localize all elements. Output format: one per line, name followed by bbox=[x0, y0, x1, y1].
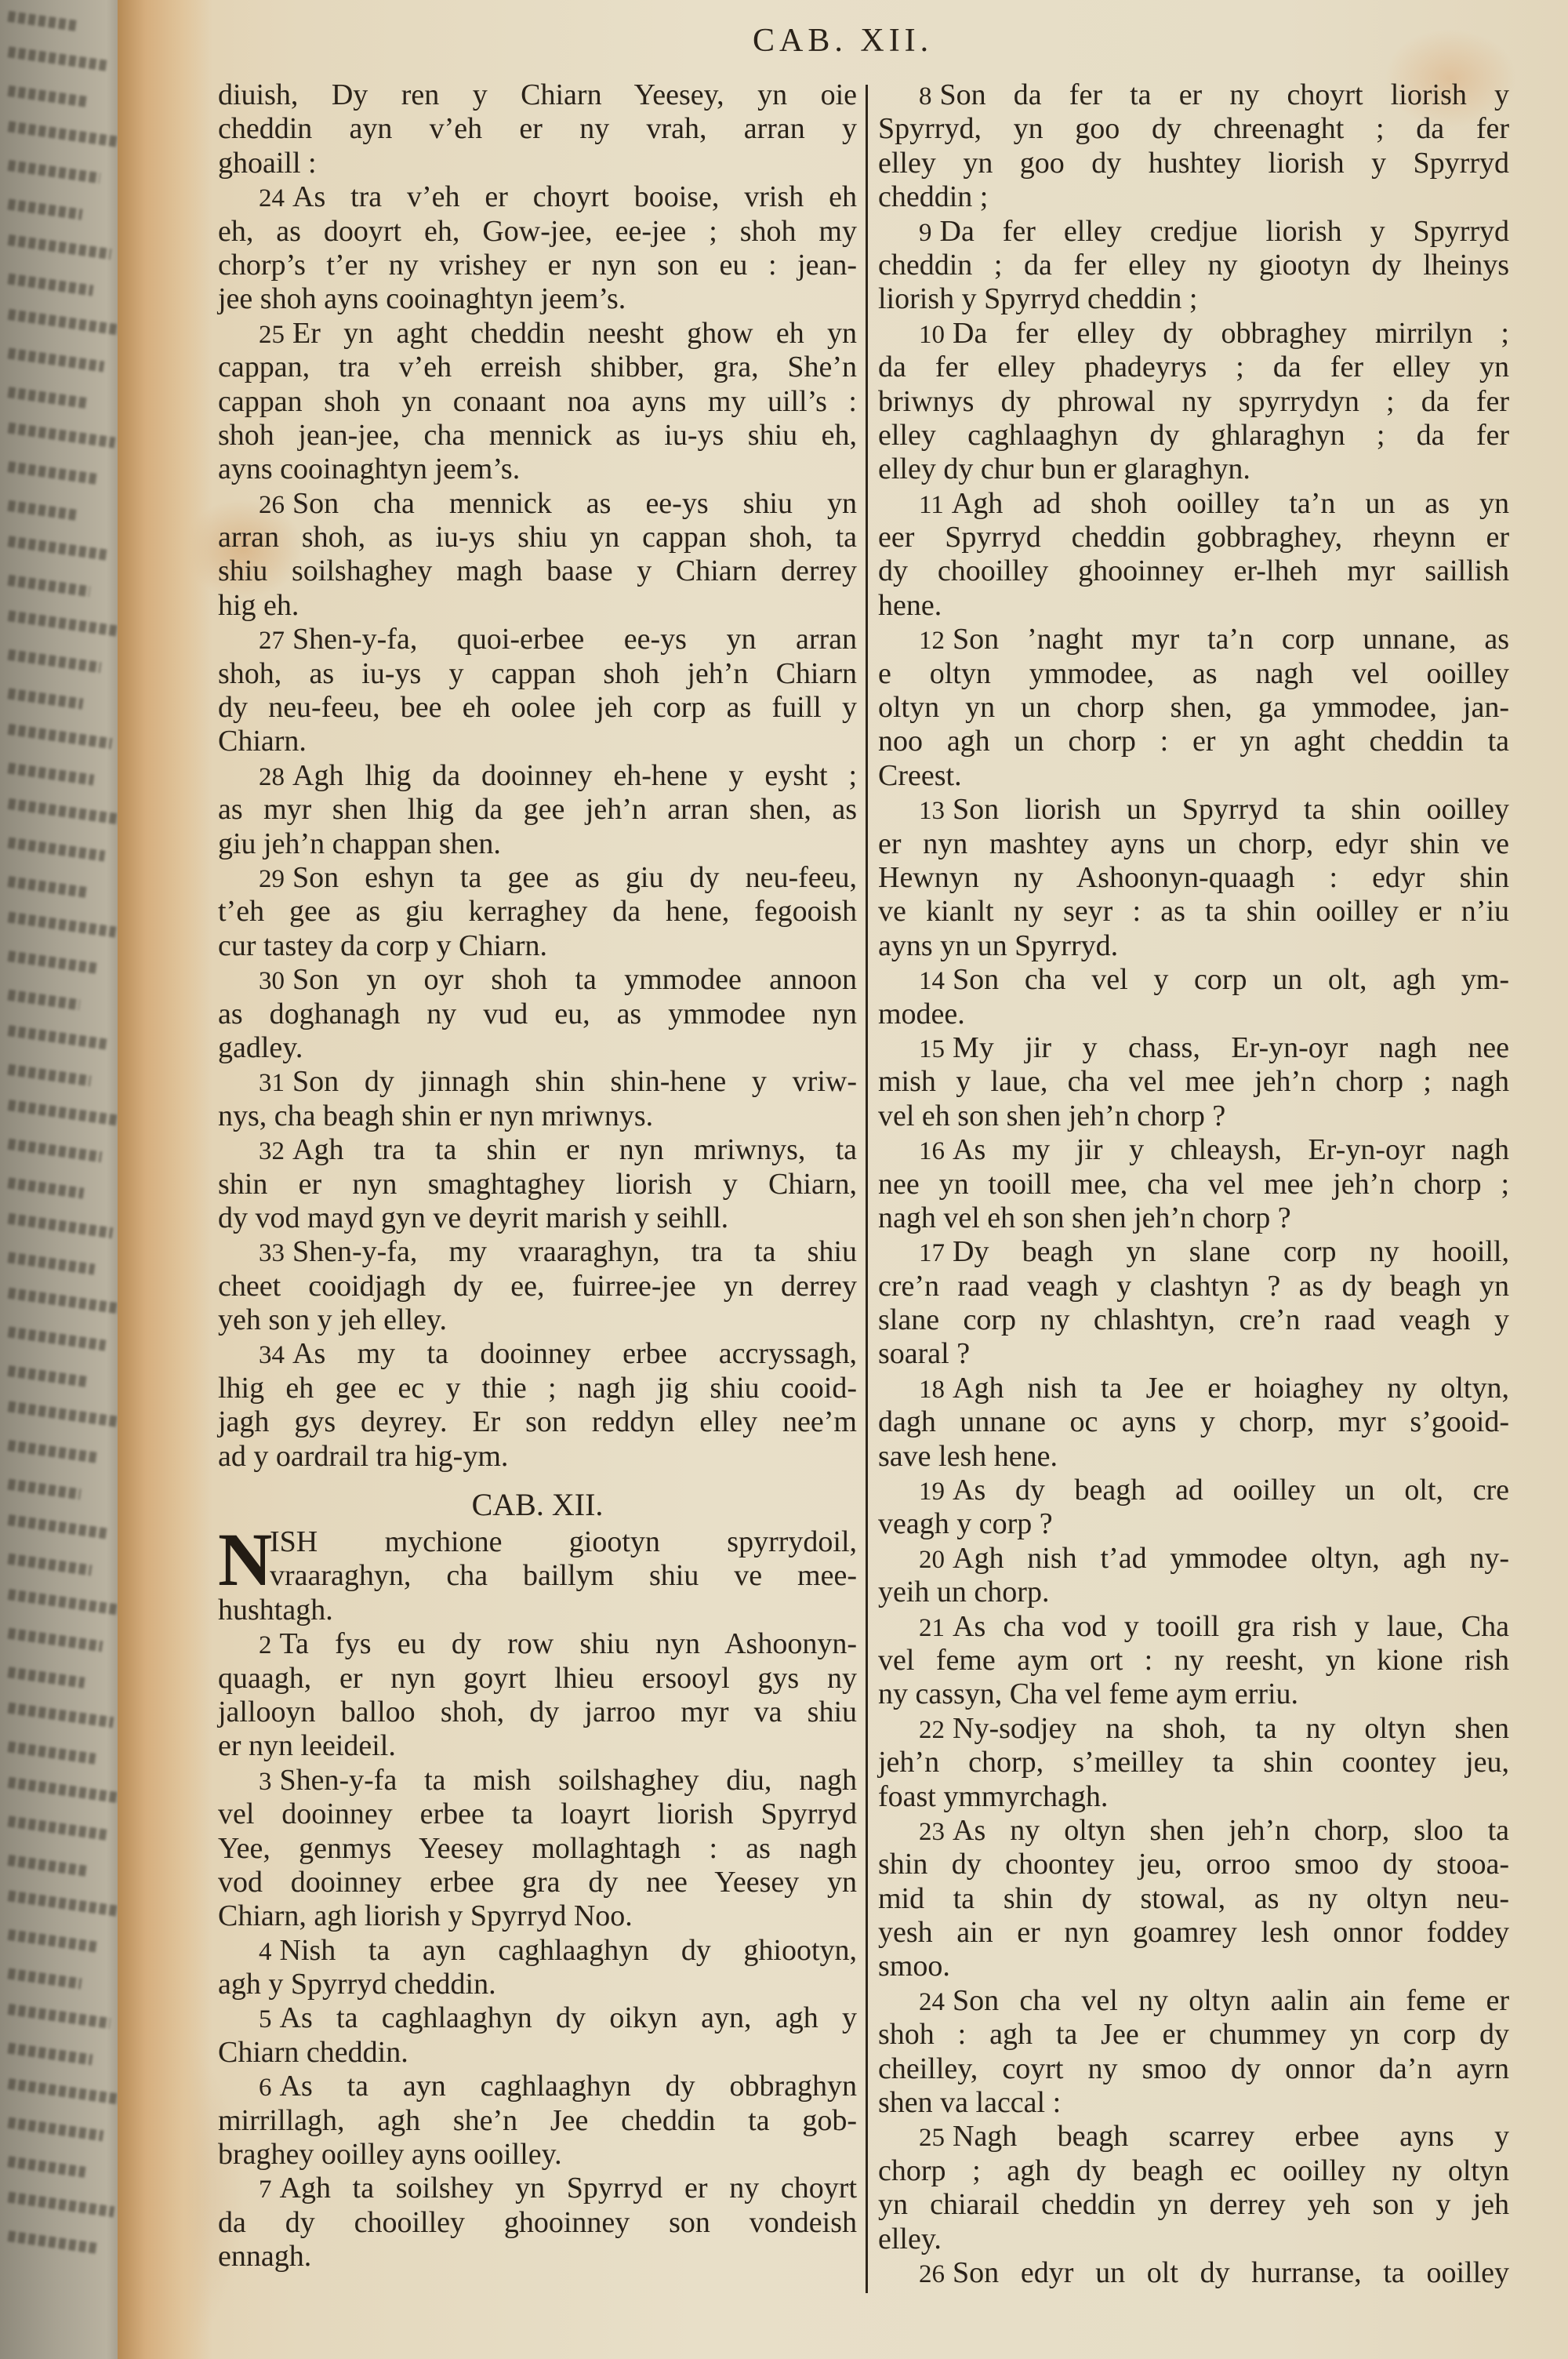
text-line: dy chooilley ghooinney er-lheh myr saill… bbox=[878, 554, 1509, 588]
verse-number: 15 bbox=[919, 1035, 945, 1063]
text-line: veagh y corp ? bbox=[878, 1507, 1509, 1541]
text-line: nys, cha beagh shin er nyn mriwnys. bbox=[218, 1100, 857, 1133]
verse-start-line: 11Agh ad shoh ooilley ta’n un as yn bbox=[878, 487, 1509, 521]
text-line: jagh gys deyrey. Er son reddyn elley nee… bbox=[218, 1405, 857, 1439]
verse-start-line: 23As ny oltyn shen jeh’n chorp, sloo ta bbox=[878, 1814, 1509, 1848]
text-line: yeih un chorp. bbox=[878, 1576, 1509, 1609]
verse-number: 10 bbox=[919, 321, 945, 349]
verse-start-line: 28Agh lhig da dooinney eh-hene y eysht ; bbox=[218, 759, 857, 793]
verse-text: As my ta dooinney erbee accryssagh, bbox=[292, 1337, 857, 1370]
text-line: giu jeh’n chappan shen. bbox=[218, 827, 857, 861]
verse-text: da fer elley phadeyrys ; da fer elley yn bbox=[878, 351, 1509, 383]
blurred-text-line bbox=[8, 1514, 111, 1539]
verse-start-line: 25Er yn aght cheddin neesht ghow eh yn bbox=[218, 317, 857, 351]
verse-text: Ny-sodjey na shoh, ta ny oltyn shen bbox=[953, 1712, 1509, 1745]
verse-text: My jir y chass, Er-yn-oyr nagh nee bbox=[953, 1031, 1509, 1064]
text-line: elley yn goo dy hushtey liorish y Spyrry… bbox=[878, 147, 1509, 180]
text-line: noo agh un chorp : er yn aght cheddin ta bbox=[878, 725, 1509, 758]
verse-text: oltyn yn un chorp shen, ga ymmodee, jan- bbox=[878, 691, 1509, 724]
blurred-text-line bbox=[8, 575, 91, 597]
verse-start-line: 27Shen-y-fa, quoi-erbee ee-ys yn arran bbox=[218, 623, 857, 656]
verse-text: chorp’s t’er ny vrishey er nyn son eu : … bbox=[218, 249, 857, 282]
text-line: er nyn leeideil. bbox=[218, 1729, 857, 1763]
text-line: shen va laccal : bbox=[878, 2086, 1509, 2120]
verse-text: cappan shoh yn conaant noa ayns my uill’… bbox=[218, 385, 857, 418]
verse-text: Son liorish un Spyrryd ta shin ooilley bbox=[953, 793, 1509, 826]
blurred-text-line bbox=[7, 11, 78, 31]
verse-text: mirrillagh, agh she’n Jee cheddin ta gob… bbox=[218, 2104, 857, 2137]
text-line: jee shoh ayns cooinaghtyn jeem’s. bbox=[218, 282, 857, 316]
verse-text: jallooyn balloo shoh, dy jarroo myr va s… bbox=[218, 1696, 857, 1728]
verse-text: shiu soilshaghey magh baase y Chiarn der… bbox=[218, 554, 857, 587]
verse-number: 20 bbox=[919, 1546, 945, 1574]
text-line: soaral ? bbox=[878, 1337, 1509, 1371]
verse-text: veagh y corp ? bbox=[878, 1507, 1053, 1540]
verse-text: ISH mychione giootyn spyrrydoil, bbox=[270, 1525, 857, 1558]
verse-text: As tra v’eh er choyrt booise, vrish eh bbox=[292, 180, 857, 213]
blurred-text-line bbox=[8, 461, 98, 485]
text-line: lhig eh gee ec y thie ; nagh jig shiu co… bbox=[218, 1372, 857, 1405]
verse-number: 12 bbox=[919, 627, 945, 655]
blurred-text-line bbox=[8, 536, 109, 561]
blurred-text-line bbox=[8, 1252, 96, 1274]
verse-text: smoo. bbox=[878, 1950, 950, 1983]
blurred-text-line bbox=[8, 1777, 125, 1805]
verse-text: shen va laccal : bbox=[878, 2086, 1061, 2119]
text-line: ghoaill : bbox=[218, 147, 857, 180]
verse-text: ad y oardrail tra hig-ym. bbox=[218, 1440, 508, 1473]
verse-start-line: 13Son liorish un Spyrryd ta shin ooilley bbox=[878, 793, 1509, 827]
verse-text: lhig eh gee ec y thie ; nagh jig shiu co… bbox=[218, 1372, 857, 1405]
verse-text: Spyrryd, yn goo dy chreenaght ; da fer bbox=[878, 112, 1509, 145]
verse-number: 24 bbox=[919, 1988, 945, 2016]
verse-start-line: 24As tra v’eh er choyrt booise, vrish eh bbox=[218, 180, 857, 214]
text-line: as doghanagh ny vud eu, as ymmodee nyn bbox=[218, 998, 857, 1031]
blurred-text-line bbox=[8, 1628, 103, 1652]
verse-text: yesh ain er nyn goamrey lesh onnor fodde… bbox=[878, 1916, 1509, 1949]
text-line: cappan shoh yn conaant noa ayns my uill’… bbox=[218, 385, 857, 419]
verse-number: 25 bbox=[259, 321, 285, 349]
verse-text: As ta caghlaaghyn dy oikyn ayn, agh y bbox=[280, 2001, 858, 2034]
text-line: arran shoh, as iu-ys shiu yn cappan shoh… bbox=[218, 521, 857, 554]
text-line: chorp ; agh dy beagh ec ooilley ny oltyn bbox=[878, 2154, 1509, 2188]
text-line: elley. bbox=[878, 2223, 1509, 2256]
blurred-text-line bbox=[7, 990, 80, 1011]
verse-text: jagh gys deyrey. Er son reddyn elley nee… bbox=[218, 1405, 857, 1438]
text-line: ayns cooinaghtyn jeem’s. bbox=[218, 453, 857, 486]
blurred-text-line bbox=[8, 951, 99, 974]
verse-text: arran shoh, as iu-ys shiu yn cappan shoh… bbox=[218, 521, 857, 554]
verse-text: cheilley, coyrt ny smoo dy onnor da’n ay… bbox=[878, 2052, 1509, 2085]
verse-text: da dy chooilley ghooinney son vondeish bbox=[218, 2206, 857, 2239]
blurred-text-line bbox=[8, 1703, 114, 1728]
verse-number: 6 bbox=[259, 2074, 272, 2102]
text-line: cheddin ; da fer elley ny giootyn dy lhe… bbox=[878, 249, 1509, 282]
verse-text: elley. bbox=[878, 2223, 942, 2255]
text-line: hig eh. bbox=[218, 589, 857, 623]
verse-text: jeh’n chorp, s’meilley ta shin coontey j… bbox=[878, 1746, 1509, 1779]
blurred-text-line bbox=[8, 1440, 100, 1463]
verse-text: Agh ta soilshey yn Spyrryd er ny choyrt bbox=[280, 2172, 858, 2205]
blurred-text-line bbox=[8, 2117, 104, 2142]
verse-text: Er yn aght cheddin neesht ghow eh yn bbox=[292, 317, 857, 350]
verse-number: 29 bbox=[259, 865, 285, 893]
verse-number: 2 bbox=[259, 1631, 272, 1659]
text-line: oltyn yn un chorp shen, ga ymmodee, jan- bbox=[878, 691, 1509, 725]
blurred-text-line bbox=[8, 1401, 118, 1427]
verse-start-line: 17Dy beagh yn slane corp ny hooill, bbox=[878, 1235, 1509, 1269]
text-line: jallooyn balloo shoh, dy jarroo myr va s… bbox=[218, 1696, 857, 1729]
verse-number: 30 bbox=[259, 967, 285, 995]
text-line: as myr shen lhig da gee jeh’n arran shen… bbox=[218, 793, 857, 827]
blurred-text-line bbox=[8, 121, 119, 147]
verse-text: As dy beagh ad ooilley un olt, cre bbox=[953, 1474, 1509, 1507]
text-line: nagh vel eh son shen jeh’n chorp ? bbox=[878, 1201, 1509, 1235]
text-line: jeh’n chorp, s’meilley ta shin coontey j… bbox=[878, 1746, 1509, 1779]
blurred-text-line bbox=[8, 2156, 86, 2178]
text-line: eer Spyrryd cheddin gobbraghey, rheynn e… bbox=[878, 521, 1509, 554]
verse-start-line: 8Son da fer ta er ny choyrt liorish y bbox=[878, 78, 1509, 112]
text-line: Chiarn, agh liorish y Spyrryd Noo. bbox=[218, 1899, 857, 1933]
verse-start-line: 30Son yn oyr shoh ta ymmodee annoon bbox=[218, 963, 857, 997]
verse-start-line: 22Ny-sodjey na shoh, ta ny oltyn shen bbox=[878, 1712, 1509, 1746]
verse-text: Son da fer ta er ny choyrt liorish y bbox=[940, 78, 1510, 111]
verse-text: save lesh hene. bbox=[878, 1440, 1058, 1473]
text-line: Spyrryd, yn goo dy chreenaght ; da fer bbox=[878, 112, 1509, 146]
text-line: smoo. bbox=[878, 1950, 1509, 1983]
verse-text: eer Spyrryd cheddin gobbraghey, rheynn e… bbox=[878, 521, 1509, 554]
verse-start-line: 20Agh nish t’ad ymmodee oltyn, agh ny- bbox=[878, 1542, 1509, 1576]
text-line: Hewnyn ny Ashoonyn-quaagh : edyr shin bbox=[878, 861, 1509, 895]
verse-start-line: 9Da fer elley credjue liorish y Spyrryd bbox=[878, 215, 1509, 249]
text-line: vel eh son shen jeh’n chorp ? bbox=[878, 1100, 1509, 1133]
text-line: braghey ooilley ayns ooilley. bbox=[218, 2138, 857, 2172]
text-line: yesh ain er nyn goamrey lesh onnor fodde… bbox=[878, 1916, 1509, 1950]
verse-text: ayns yn un Spyrryd. bbox=[878, 929, 1118, 962]
verse-start-line: 24Son cha vel ny oltyn aalin ain feme er bbox=[878, 1984, 1509, 2018]
blurred-text-line bbox=[8, 1589, 122, 1616]
verse-text: chorp ; agh dy beagh ec ooilley ny oltyn bbox=[878, 2154, 1509, 2187]
verse-number: 23 bbox=[919, 1818, 945, 1846]
text-line: Yee, genmys Yeesey mollaghtagh : as nagh bbox=[218, 1832, 857, 1866]
chapter-opening: NISH mychione giootyn spyrrydoil,vraarag… bbox=[218, 1525, 857, 2274]
verse-text: vel feme aym ort : ny reesht, yn kione r… bbox=[878, 1644, 1509, 1677]
text-line: shiu soilshaghey magh baase y Chiarn der… bbox=[218, 554, 857, 588]
verse-text: shoh : agh ta Jee er chummey yn corp dy bbox=[878, 2018, 1509, 2051]
verse-text: As ny oltyn shen jeh’n chorp, sloo ta bbox=[953, 1814, 1509, 1847]
text-line: agh y Spyrryd cheddin. bbox=[218, 1968, 857, 2001]
left-column: diuish, Dy ren y Chiarn Yeesey, yn oiech… bbox=[218, 78, 857, 2274]
blurred-text-line bbox=[8, 1554, 93, 1576]
text-line: shin dy choontey jeu, orroo smoo dy stoo… bbox=[878, 1848, 1509, 1881]
text-line: elley dy chur bun er glaraghyn. bbox=[878, 453, 1509, 486]
text-line: liorish y Spyrryd cheddin ; bbox=[878, 282, 1509, 316]
verse-text: Da fer elley dy obbraghey mirrilyn ; bbox=[953, 317, 1509, 350]
text-line: vel feme aym ort : ny reesht, yn kione r… bbox=[878, 1644, 1509, 1677]
verse-number: 26 bbox=[919, 2260, 945, 2288]
text-line: modee. bbox=[878, 998, 1509, 1031]
verse-number: 11 bbox=[919, 491, 944, 519]
verse-text: As my jir y chleaysh, Er-yn-oyr nagh bbox=[953, 1133, 1509, 1166]
verse-number: 28 bbox=[259, 763, 285, 791]
verse-start-line: 12Son ’naght myr ta’n corp unnane, as bbox=[878, 623, 1509, 656]
blurred-text-line bbox=[8, 46, 108, 71]
text-line: hushtagh. bbox=[218, 1594, 857, 1627]
blurred-text-line bbox=[8, 85, 90, 107]
previous-page-edge bbox=[0, 0, 125, 2359]
text-line: yn chiarail cheddin yn derrey yeh son y … bbox=[878, 2188, 1509, 2222]
text-line: shin er nyn smaghtaghey liorish y Chiarn… bbox=[218, 1168, 857, 1201]
verse-text: Chiarn cheddin. bbox=[218, 2036, 408, 2069]
text-line: Chiarn cheddin. bbox=[218, 2036, 857, 2070]
verse-start-line: 4Nish ta ayn caghlaaghyn dy ghiootyn, bbox=[218, 1934, 857, 1968]
blurred-text-line bbox=[8, 387, 87, 409]
verse-text: noo agh un chorp : er yn aght cheddin ta bbox=[878, 725, 1509, 758]
verse-text: cheet cooidjagh dy ee, fuirree-jee yn de… bbox=[218, 1270, 857, 1303]
blurred-text-line bbox=[8, 762, 95, 785]
verse-text: briwnys dy phrowal ny spyrrydyn ; da fer bbox=[878, 385, 1509, 418]
verse-number: 22 bbox=[919, 1716, 945, 1744]
verse-text: shoh, as iu-ys y cappan shoh jeh’n Chiar… bbox=[218, 657, 857, 690]
verse-text: quaagh, er nyn goyrt lhieu ersooyl gys n… bbox=[218, 1662, 857, 1695]
text-line: ve kianlt ny seyr : as ta shin ooilley e… bbox=[878, 895, 1509, 929]
blurred-text-line bbox=[8, 1667, 85, 1688]
verse-number: 27 bbox=[259, 627, 285, 655]
verse-text: cappan, tra v’eh erreish shibber, gra, S… bbox=[218, 351, 857, 383]
blurred-text-line bbox=[8, 2043, 93, 2066]
verse-number: 5 bbox=[259, 2005, 272, 2034]
verse-text: nee yn tooill mee, cha vel mee jeh’n cho… bbox=[878, 1168, 1509, 1201]
verse-text: Agh tra ta shin er nyn mriwnys, ta bbox=[292, 1133, 857, 1166]
verse-start-line: 10Da fer elley dy obbraghey mirrilyn ; bbox=[878, 317, 1509, 351]
blurred-text-line bbox=[7, 198, 82, 220]
verse-text: Son cha vel ny oltyn aalin ain feme er bbox=[953, 1984, 1509, 2017]
verse-text: yeih un chorp. bbox=[878, 1576, 1049, 1608]
verse-text: braghey ooilley ayns ooilley. bbox=[218, 2138, 562, 2171]
blurred-text-line bbox=[8, 1288, 125, 1314]
text-line: er nyn mashtey ayns un chorp, edyr shin … bbox=[878, 827, 1509, 861]
text-line: dy neu-feeu, bee eh oolee jeh corp as fu… bbox=[218, 691, 857, 725]
text-line: diuish, Dy ren y Chiarn Yeesey, yn oie bbox=[218, 78, 857, 112]
verse-number: 17 bbox=[919, 1239, 945, 1267]
blurred-text-line bbox=[8, 1929, 100, 1953]
verse-text: cheddin ; da fer elley ny giootyn dy lhe… bbox=[878, 249, 1509, 282]
text-line: chorp’s t’er ny vrishey er nyn son eu : … bbox=[218, 249, 857, 282]
verse-start-line: 25Nagh beagh scarrey erbee ayns y bbox=[878, 2120, 1509, 2154]
verse-number: 8 bbox=[919, 82, 932, 111]
verse-text: dy vod mayd gyn ve deyrit marish y seihl… bbox=[218, 1201, 728, 1234]
text-line: vraaraghyn, cha baillym shiu ve mee- bbox=[218, 1559, 857, 1593]
blurred-text-line bbox=[7, 688, 83, 709]
verse-text: Son yn oyr shoh ta ymmodee annoon bbox=[292, 963, 857, 996]
text-line: gadley. bbox=[218, 1031, 857, 1065]
verse-number: 18 bbox=[919, 1376, 945, 1404]
blurred-text-line bbox=[8, 1855, 89, 1877]
verse-text: vel eh son shen jeh’n chorp ? bbox=[878, 1100, 1225, 1132]
verse-start-line: 19As dy beagh ad ooilley un olt, cre bbox=[878, 1474, 1509, 1507]
verse-text: er nyn leeideil. bbox=[218, 1729, 396, 1762]
verse-number: 26 bbox=[259, 491, 285, 519]
verse-number: 31 bbox=[259, 1069, 285, 1097]
blurred-text-line bbox=[8, 1213, 114, 1239]
verse-number: 25 bbox=[919, 2124, 945, 2152]
text-line: t’eh gee as giu kerraghey da hene, fegoo… bbox=[218, 895, 857, 929]
verse-text: hene. bbox=[878, 589, 942, 622]
verse-text: foast ymmyrchagh. bbox=[878, 1780, 1108, 1813]
text-line: quaagh, er nyn goyrt lhieu ersooyl gys n… bbox=[218, 1662, 857, 1696]
verse-number: 7 bbox=[259, 2175, 272, 2204]
text-line: ad y oardrail tra hig-ym. bbox=[218, 1440, 857, 1474]
text-line: yeh son y jeh elley. bbox=[218, 1303, 857, 1337]
blurred-text-line bbox=[8, 1139, 103, 1163]
right-column: 8Son da fer ta er ny choyrt liorish ySpy… bbox=[878, 78, 1509, 2290]
verse-text: vod dooinney erbee gra dy nee Yeesey yn bbox=[218, 1866, 857, 1899]
blurred-text-line bbox=[8, 160, 101, 184]
blurred-text-line bbox=[8, 837, 106, 861]
text-line: eh, as dooyrt eh, Gow-jee, ee-jee ; shoh… bbox=[218, 215, 857, 249]
verse-start-line: 2Ta fys eu dy row shiu nyn Ashoonyn- bbox=[218, 1627, 857, 1661]
verse-text: Agh nish t’ad ymmodee oltyn, agh ny- bbox=[953, 1542, 1509, 1575]
verse-text: Agh lhig da dooinney eh-hene y eysht ; bbox=[292, 759, 857, 792]
verse-text: ve kianlt ny seyr : as ta shin ooilley e… bbox=[878, 895, 1509, 928]
verse-text: Hewnyn ny Ashoonyn-quaagh : edyr shin bbox=[878, 861, 1509, 894]
verse-text: Shen-y-fa, quoi-erbee ee-ys yn arran bbox=[292, 623, 857, 656]
verse-text: Chiarn, agh liorish y Spyrryd Noo. bbox=[218, 1899, 633, 1932]
verse-text: ennagh. bbox=[218, 2240, 311, 2273]
verse-text: Agh ad shoh ooilley ta’n un as yn bbox=[952, 487, 1509, 520]
blurred-text-line bbox=[8, 610, 120, 637]
text-line: Chiarn. bbox=[218, 725, 857, 758]
text-line: elley caghlaaghyn dy ghlaraghyn ; da fer bbox=[878, 419, 1509, 453]
blurred-text-line bbox=[8, 724, 113, 749]
verse-start-line: 29Son eshyn ta gee as giu dy neu-feeu, bbox=[218, 861, 857, 895]
blurred-text-line bbox=[8, 1816, 107, 1840]
text-line: da dy chooilley ghooinney son vondeish bbox=[218, 2206, 857, 2240]
verse-text: nagh vel eh son shen jeh’n chorp ? bbox=[878, 1201, 1291, 1234]
text-line: cur tastey da corp y Chiarn. bbox=[218, 929, 857, 963]
running-head: CAB. XII. bbox=[753, 22, 933, 60]
text-line: mid ta shin dy stowal, as ny oltyn neu- bbox=[878, 1882, 1509, 1916]
verse-text: ayns cooinaghtyn jeem’s. bbox=[218, 453, 520, 485]
text-line: foast ymmyrchagh. bbox=[878, 1780, 1509, 1814]
blurred-text-line bbox=[8, 423, 116, 449]
verse-text: slane corp ny chlashtyn, cre’n raad veag… bbox=[878, 1303, 1509, 1336]
blurred-text-line bbox=[7, 500, 79, 522]
verse-text: as doghanagh ny vud eu, as ymmodee nyn bbox=[218, 998, 857, 1030]
text-line: da fer elley phadeyrys ; da fer elley yn bbox=[878, 351, 1509, 384]
verse-text: liorish y Spyrryd cheddin ; bbox=[878, 282, 1197, 315]
verse-start-line: 31Son dy jinnagh shin shin-hene y vriw- bbox=[218, 1065, 857, 1099]
blurred-text-line bbox=[8, 2078, 122, 2105]
verse-text: shoh jean-jee, cha mennick as iu-ys shiu… bbox=[218, 419, 857, 452]
verse-start-line: 15My jir y chass, Er-yn-oyr nagh nee bbox=[878, 1031, 1509, 1065]
text-line: shoh : agh ta Jee er chummey yn corp dy bbox=[878, 2018, 1509, 2052]
blurred-text-line bbox=[8, 1890, 118, 1916]
verse-text: Ta fys eu dy row shiu nyn Ashoonyn- bbox=[280, 1627, 858, 1660]
text-line: shoh jean-jee, cha mennick as iu-ys shiu… bbox=[218, 419, 857, 453]
verse-number: 24 bbox=[259, 184, 285, 213]
verse-text: modee. bbox=[878, 998, 965, 1030]
blurred-text-line bbox=[8, 2192, 115, 2218]
verse-text: Nagh beagh scarrey erbee ayns y bbox=[953, 2120, 1509, 2153]
blurred-text-line bbox=[8, 876, 88, 898]
verse-start-line: 21As cha vod y tooill gra rish y laue, C… bbox=[878, 1610, 1509, 1644]
verse-text: mish y laue, cha vel mee jeh’n chorp ; n… bbox=[878, 1065, 1509, 1098]
verse-text: ghoaill : bbox=[218, 147, 317, 180]
verse-text: t’eh gee as giu kerraghey da hene, fegoo… bbox=[218, 895, 857, 928]
blurred-text-line bbox=[8, 273, 94, 296]
verse-start-line: 26Son edyr un olt dy hurranse, ta ooille… bbox=[878, 2256, 1509, 2290]
verse-text: gadley. bbox=[218, 1031, 303, 1064]
verse-number: 13 bbox=[919, 797, 945, 825]
text-line: cheet cooidjagh dy ee, fuirree-jee yn de… bbox=[218, 1270, 857, 1303]
text-line: ennagh. bbox=[218, 2240, 857, 2274]
blurred-text-line bbox=[8, 911, 117, 937]
verse-start-line: 34As my ta dooinney erbee accryssagh, bbox=[218, 1337, 857, 1371]
verse-number: 21 bbox=[919, 1614, 945, 1642]
verse-text: As ta ayn caghlaaghyn dy obbraghyn bbox=[280, 2070, 858, 2103]
verse-text: jee shoh ayns cooinaghtyn jeem’s. bbox=[218, 282, 626, 315]
blurred-text-line bbox=[8, 649, 102, 673]
verse-number: 16 bbox=[919, 1137, 945, 1165]
blurred-text-line bbox=[8, 2004, 111, 2029]
verse-text: Da fer elley credjue liorish y Spyrryd bbox=[940, 215, 1510, 248]
verse-text: yeh son y jeh elley. bbox=[218, 1303, 447, 1336]
text-line: ISH mychione giootyn spyrrydoil, bbox=[218, 1525, 857, 1559]
verse-start-line: 18Agh nish ta Jee er hoiaghey ny oltyn, bbox=[878, 1372, 1509, 1405]
verse-text: giu jeh’n chappan shen. bbox=[218, 827, 501, 860]
verse-text: shin dy choontey jeu, orroo smoo dy stoo… bbox=[878, 1848, 1509, 1881]
verse-text: cur tastey da corp y Chiarn. bbox=[218, 929, 547, 962]
verse-text: Shen-y-fa, my vraaraghyn, tra ta shiu bbox=[292, 1235, 857, 1268]
page-gutter-shadow bbox=[118, 0, 212, 2359]
verse-text: Son cha vel y corp un olt, agh ym- bbox=[953, 963, 1509, 996]
text-line: nee yn tooill mee, cha vel mee jeh’n cho… bbox=[878, 1168, 1509, 1201]
verse-text: mid ta shin dy stowal, as ny oltyn neu- bbox=[878, 1882, 1509, 1915]
verse-text: nys, cha beagh shin er nyn mriwnys. bbox=[218, 1100, 653, 1132]
verse-text: elley dy chur bun er glaraghyn. bbox=[878, 453, 1250, 485]
verse-text: cre’n raad veagh y clashtyn ? as dy beag… bbox=[878, 1270, 1509, 1303]
text-line: shoh, as iu-ys y cappan shoh jeh’n Chiar… bbox=[218, 657, 857, 691]
verse-text: as myr shen lhig da gee jeh’n arran shen… bbox=[218, 793, 857, 826]
blurred-text-line bbox=[8, 1365, 89, 1387]
verse-text: e oltyn ymmodee, as nagh vel ooilley bbox=[878, 657, 1509, 690]
blurred-text-line bbox=[7, 1177, 84, 1198]
verse-number: 3 bbox=[259, 1768, 272, 1796]
verse-text: Son ’naght myr ta’n corp unnane, as bbox=[953, 623, 1509, 656]
verse-text: er nyn mashtey ayns un chorp, edyr shin … bbox=[878, 827, 1509, 860]
verse-text: dy neu-feeu, bee eh oolee jeh corp as fu… bbox=[218, 691, 857, 724]
verse-number: 19 bbox=[919, 1478, 945, 1506]
column-divider bbox=[866, 85, 868, 2293]
blurred-text-line bbox=[7, 1968, 82, 1990]
text-line: briwnys dy phrowal ny spyrrydyn ; da fer bbox=[878, 385, 1509, 419]
text-line: e oltyn ymmodee, as nagh vel ooilley bbox=[878, 657, 1509, 691]
verse-text: soaral ? bbox=[878, 1337, 970, 1370]
verse-text: Yee, genmys Yeesey mollaghtagh : as nagh bbox=[218, 1832, 857, 1865]
verse-text: dy chooilley ghooinney er-lheh myr saill… bbox=[878, 554, 1509, 587]
verse-start-line: 7Agh ta soilshey yn Spyrryd er ny choyrt bbox=[218, 2172, 857, 2205]
verse-start-line: 14Son cha vel y corp un olt, agh ym- bbox=[878, 963, 1509, 997]
text-line: vod dooinney erbee gra dy nee Yeesey yn bbox=[218, 1866, 857, 1899]
verse-start-line: 33Shen-y-fa, my vraaraghyn, tra ta shiu bbox=[218, 1235, 857, 1269]
verse-start-line: 32Agh tra ta shin er nyn mriwnys, ta bbox=[218, 1133, 857, 1167]
verse-text: vraaraghyn, cha baillym shiu ve mee- bbox=[270, 1559, 857, 1592]
text-line: Creest. bbox=[878, 759, 1509, 793]
verse-text: Agh nish ta Jee er hoiaghey ny oltyn, bbox=[953, 1372, 1509, 1405]
drop-cap: N bbox=[218, 1528, 272, 1591]
verse-start-line: 16As my jir y chleaysh, Er-yn-oyr nagh bbox=[878, 1133, 1509, 1167]
